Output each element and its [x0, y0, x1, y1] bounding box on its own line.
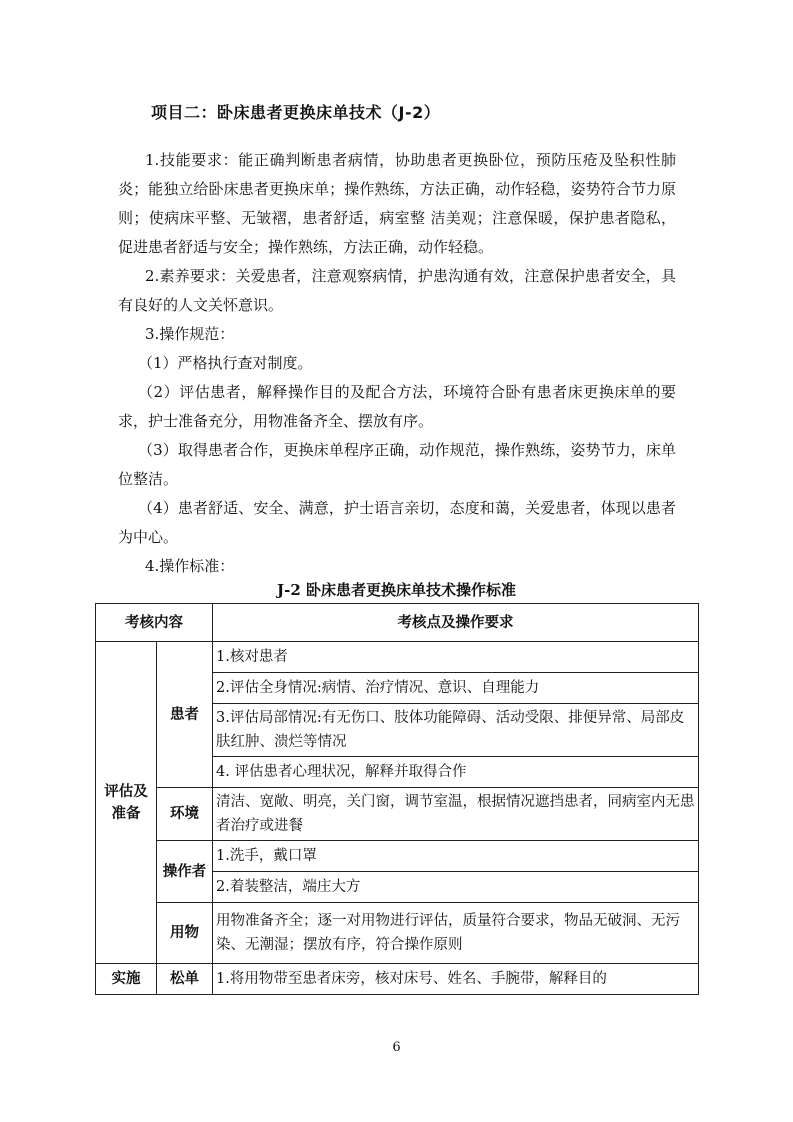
- sub-loosen-sheet: 松单: [157, 964, 213, 995]
- table-cell: 1.将用物带至患者床旁，核对床号、姓名、手腕带，解释目的: [213, 964, 699, 995]
- paragraph-norm-2: （2）评估患者，解释操作目的及配合方法，环境符合卧有患者床更换床单的要求，护士准…: [118, 378, 676, 436]
- page-number: 6: [0, 1040, 793, 1055]
- table-cell: 用物准备齐全；逐一对用物进行评估，质量符合要求，物品无破洞、无污染、无潮湿；摆放…: [213, 903, 699, 964]
- table-cell: 2.评估全身情况:病情、治疗情况、意识、自理能力: [213, 673, 699, 704]
- paragraph-quality-requirements: 2.素养要求：关爱患者，注意观察病情，护患沟通有效，注意保护患者安全，具有良好的…: [118, 262, 676, 320]
- sub-patient: 患者: [157, 642, 213, 788]
- paragraph-operation-norms: 3.操作规范：: [118, 320, 676, 349]
- sub-operator: 操作者: [157, 841, 213, 903]
- sub-environment: 环境: [157, 788, 213, 841]
- table-row: 环境 清洁、宽敞、明亮，关门窗，调节室温，根据情况遮挡患者，同病室内无患者治疗或…: [96, 788, 699, 841]
- header-content: 考核内容: [96, 604, 213, 642]
- header-requirements: 考核点及操作要求: [213, 604, 699, 642]
- sub-supplies: 用物: [157, 903, 213, 964]
- table-cell: 1.洗手，戴口罩: [213, 841, 699, 872]
- paragraph-skill-requirements: 1.技能要求：能正确判断患者病情，协助患者更换卧位，预防压疮及坠积性肺炎；能独立…: [118, 146, 676, 262]
- category-assessment: 评估及准备: [96, 642, 157, 964]
- table-cell: 1.核对患者: [213, 642, 699, 673]
- section-heading: 项目二：卧床患者更换床单技术（J-2）: [151, 100, 440, 123]
- document-page: 项目二：卧床患者更换床单技术（J-2） 1.技能要求：能正确判断患者病情，协助患…: [0, 0, 793, 1122]
- table-row: 评估及准备 患者 1.核对患者: [96, 642, 699, 673]
- category-implementation: 实施: [96, 964, 157, 995]
- body-text: 1.技能要求：能正确判断患者病情，协助患者更换卧位，预防压疮及坠积性肺炎；能独立…: [118, 146, 676, 581]
- paragraph-norm-3: （3）取得患者合作，更换床单程序正确，动作规范，操作熟练，姿势节力，床单位整洁。: [118, 436, 676, 494]
- table-row: 操作者 1.洗手，戴口罩: [96, 841, 699, 872]
- standards-table: 考核内容 考核点及操作要求 评估及准备 患者 1.核对患者 2.评估全身情况:病…: [95, 603, 699, 995]
- paragraph-norm-4: （4）患者舒适、安全、满意，护士语言亲切，态度和蔼，关爱患者，体现以患者为中心。: [118, 494, 676, 552]
- table-header-row: 考核内容 考核点及操作要求: [96, 604, 699, 642]
- table-cell: 清洁、宽敞、明亮，关门窗，调节室温，根据情况遮挡患者，同病室内无患者治疗或进餐: [213, 788, 699, 841]
- table-title: J-2 卧床患者更换床单技术操作标准: [0, 579, 793, 600]
- table-cell: 4. 评估患者心理状况，解释并取得合作: [213, 757, 699, 788]
- table-cell: 2.着装整洁，端庄大方: [213, 872, 699, 903]
- table-row: 实施 松单 1.将用物带至患者床旁，核对床号、姓名、手腕带，解释目的: [96, 964, 699, 995]
- paragraph-operation-standard: 4.操作标准：: [118, 552, 676, 581]
- table-cell: 3.评估局部情况:有无伤口、肢体功能障碍、活动受限、排便异常、局部皮肤红肿、溃烂…: [213, 704, 699, 757]
- paragraph-norm-1: （1）严格执行查对制度。: [118, 349, 676, 378]
